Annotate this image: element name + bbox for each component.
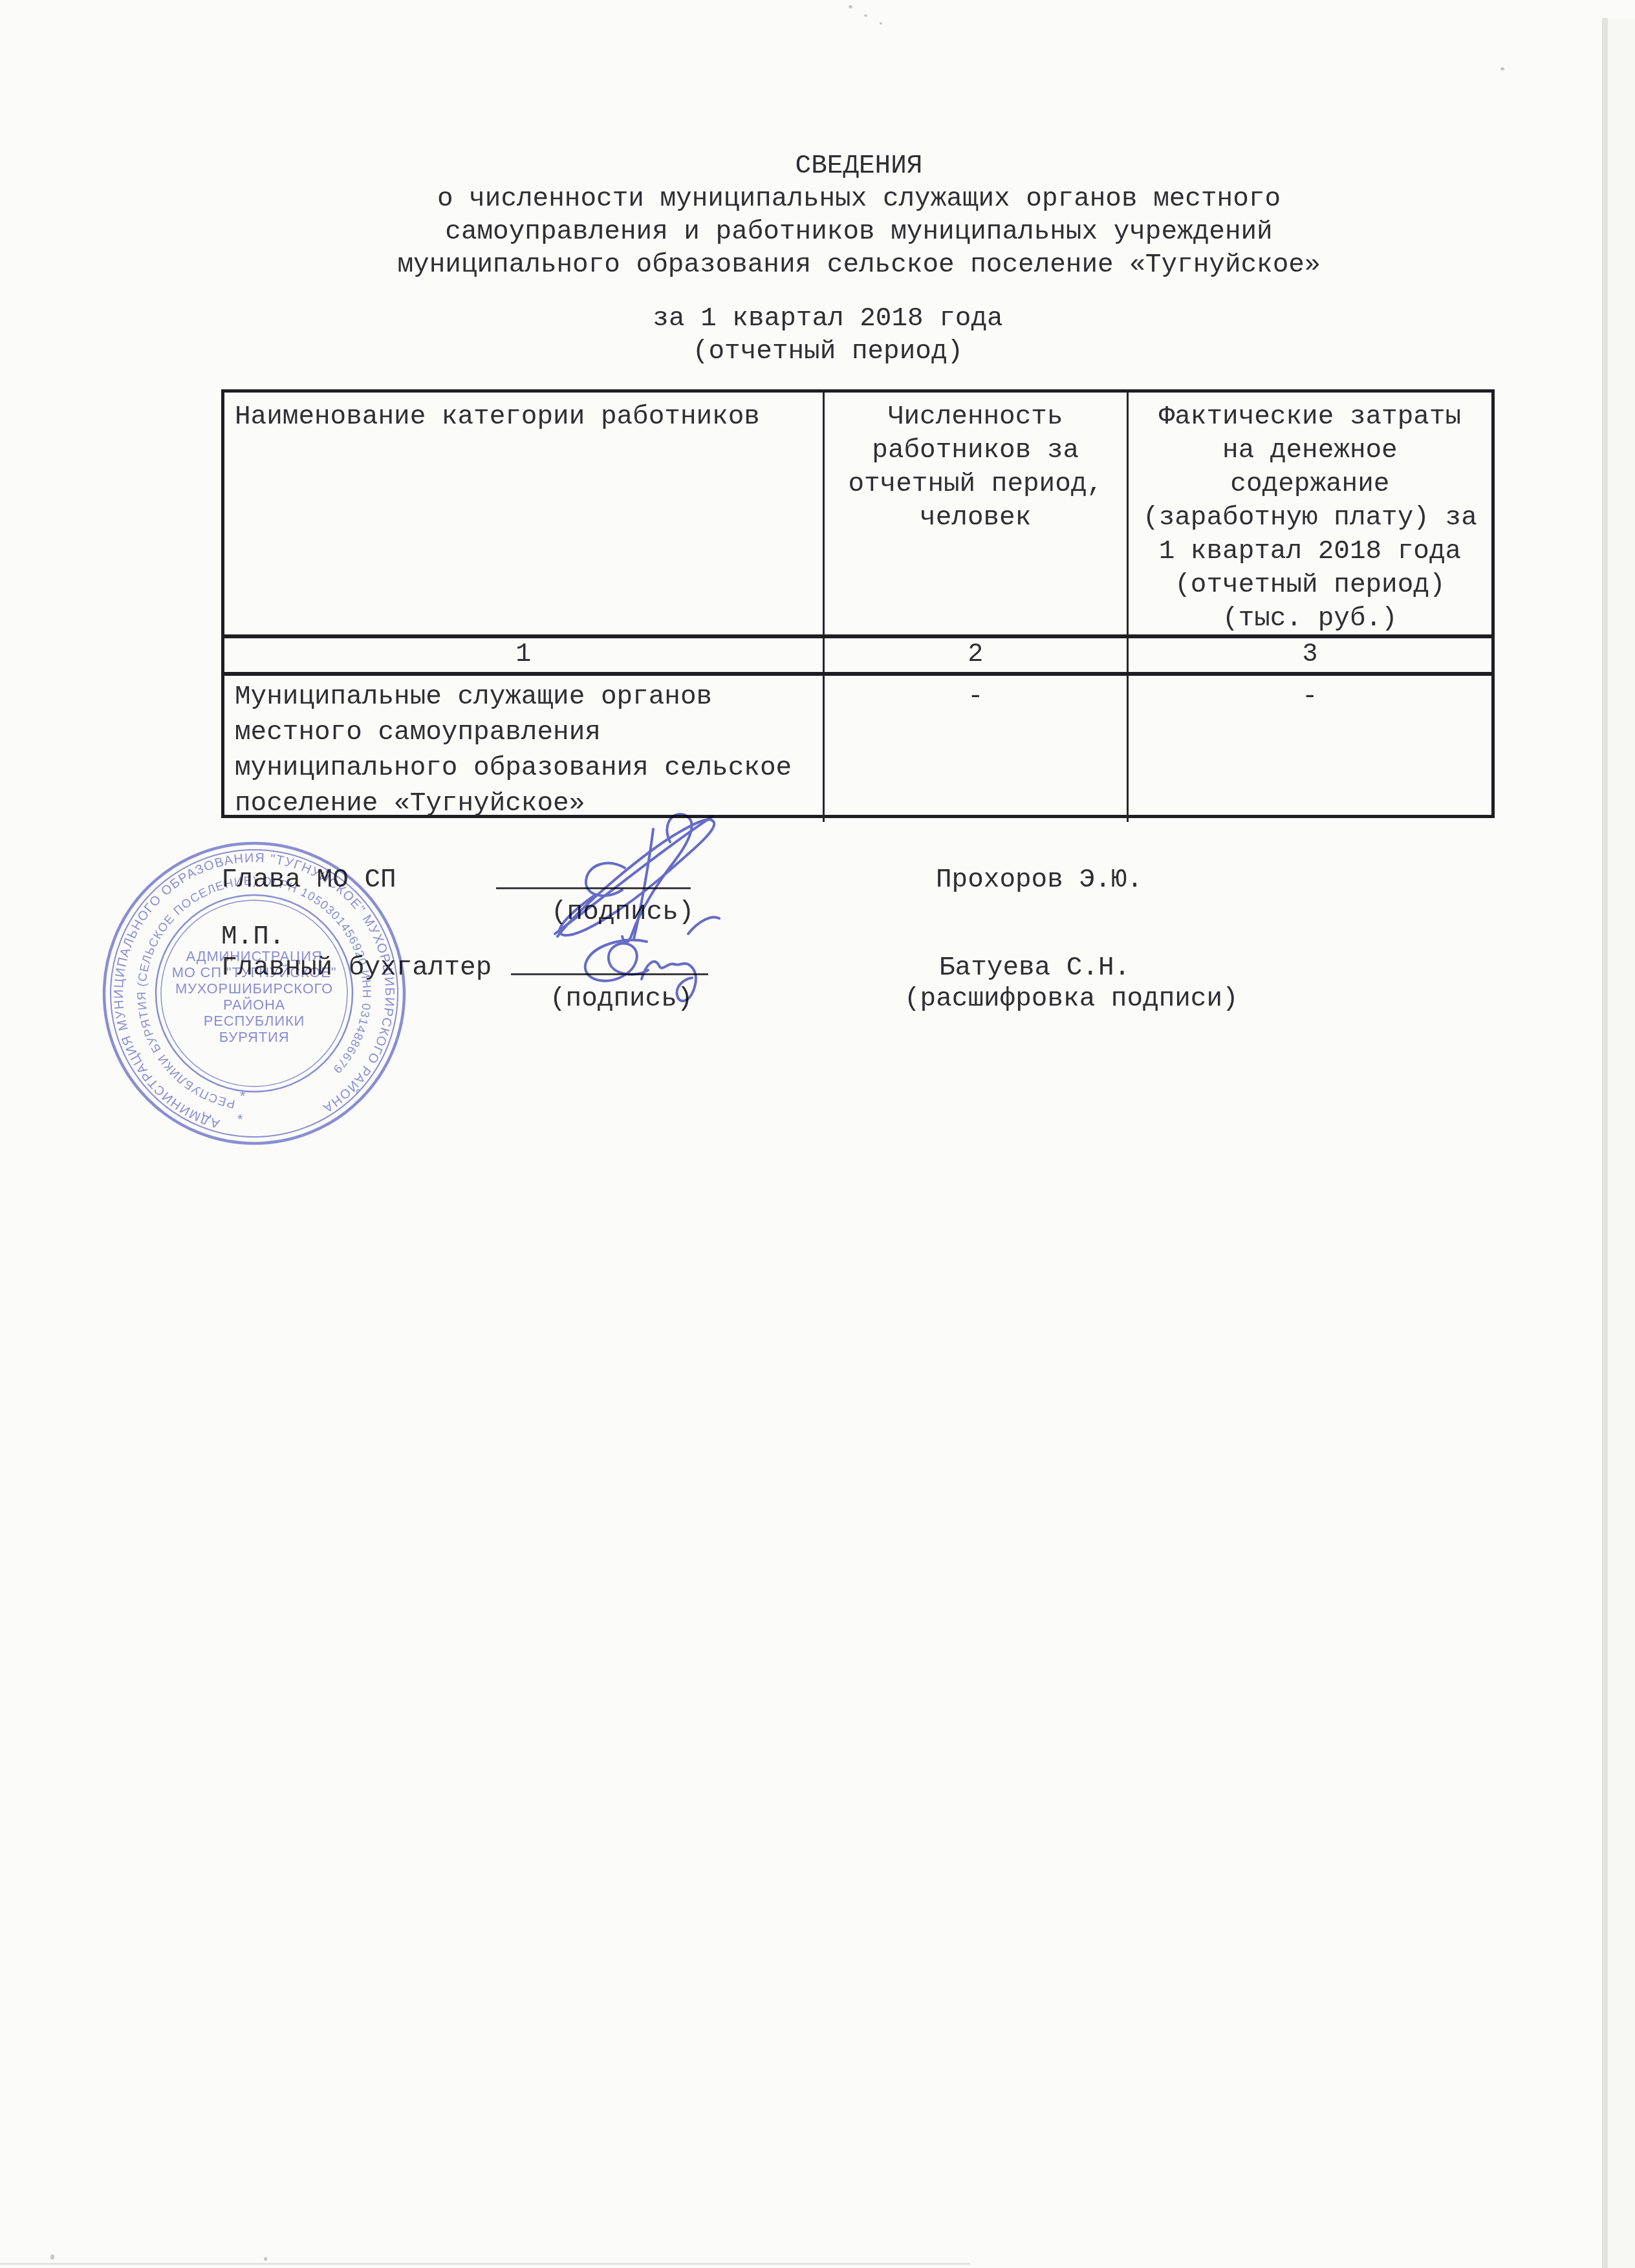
scan-speck (264, 2257, 267, 2261)
header-costs-line: на денежное (1129, 434, 1491, 468)
head-signature-caption: (подпись) (551, 896, 694, 929)
accountant-name: Батуева С.Н. (939, 952, 1130, 984)
header-costs-line: (тыс. руб.) (1129, 602, 1491, 634)
header-headcount-line: человек (825, 501, 1127, 535)
document-title-block: СВЕДЕНИЯ о численности муниципальных слу… (41, 150, 1635, 282)
header-cell-costs: Фактические затраты на денежное содержан… (1127, 393, 1491, 634)
category-line: местного самоуправления (235, 715, 816, 751)
table-data-row: Муниципальные служащие органов местного … (224, 676, 1491, 822)
stamp-center-line: МУХОРШИБИРСКОГО (175, 980, 333, 997)
stamp-star-icon: * (240, 1088, 246, 1104)
category-line: поселение «Тугнуйское» (235, 786, 816, 822)
header-costs-line: Фактические затраты (1129, 400, 1491, 434)
stamp-center-line: АДМИНИСТРАЦИЯ (186, 948, 323, 964)
document-subtitle-line-3: муниципального образования сельское посе… (41, 249, 1635, 282)
cell-headcount-value: - (823, 676, 1127, 822)
scanner-edge-shade (1608, 18, 1635, 2268)
scan-speck (1500, 67, 1504, 70)
document-subtitle-line-1: о численности муниципальных служащих орг… (41, 183, 1635, 216)
header-cell-category: Наименование категории работников (224, 393, 823, 634)
column-number-1: 1 (224, 638, 823, 672)
stamp-center-line: РЕСПУБЛИКИ (204, 1013, 305, 1029)
scan-speck (864, 14, 867, 17)
stamp-center-line: МО СП "ТУГНУЙСКОЕ" (172, 964, 337, 980)
column-number-2: 2 (823, 638, 1127, 672)
scanner-edge-band (1602, 18, 1608, 2268)
headcount-value: - (825, 676, 1127, 712)
header-headcount-line: Численность (825, 400, 1127, 434)
accountant-signature-line (511, 973, 708, 975)
scanner-bottom-artifact (0, 2263, 970, 2265)
category-line: муниципального образования сельское (235, 751, 816, 786)
stamp-center-line: БУРЯТИЯ (219, 1029, 290, 1045)
costs-value: - (1129, 676, 1491, 712)
head-name: Прохоров Э.Ю. (936, 864, 1143, 896)
header-headcount-line: отчетный период, (825, 468, 1127, 501)
report-period-block: за 1 квартал 2018 года (отчетный период) (10, 303, 1635, 369)
column-number-3: 3 (1127, 638, 1491, 672)
stamp-star-icon: * (237, 1111, 243, 1127)
document-title: СВЕДЕНИЯ (41, 150, 1635, 183)
scan-speck (880, 22, 882, 25)
table-header-row: Наименование категории работников Числен… (224, 393, 1491, 638)
scan-speck (849, 5, 852, 8)
official-round-stamp: АДМИНИСТРАЦИЯ МУНИЦИПАЛЬНОГО ОБРАЗОВАНИЯ… (102, 841, 407, 1146)
employee-report-table: Наименование категории работников Числен… (221, 389, 1495, 818)
head-signature-line (496, 887, 691, 889)
scan-speck (50, 2254, 54, 2260)
header-costs-line: (заработную плату) за (1129, 501, 1491, 535)
scanned-document-page: СВЕДЕНИЯ о численности муниципальных слу… (0, 0, 1635, 2268)
document-subtitle-line-2: самоуправления и работников муниципальны… (41, 216, 1635, 249)
header-costs-line: (отчетный период) (1129, 568, 1491, 602)
header-headcount-line: работников за (825, 434, 1127, 468)
header-cell-headcount: Численность работников за отчетный перио… (823, 393, 1127, 634)
category-line: Муниципальные служащие органов (235, 680, 816, 715)
cell-category: Муниципальные служащие органов местного … (224, 676, 823, 822)
header-category-label: Наименование категории работников (235, 400, 816, 434)
accountant-name-caption: (расшифровка подписи) (904, 983, 1239, 1015)
cell-costs-value: - (1127, 676, 1491, 822)
accountant-signature-caption: (подпись) (550, 983, 693, 1015)
header-costs-line: содержание (1129, 468, 1491, 501)
report-period-caption: (отчетный период) (10, 336, 1635, 369)
table-numbering-row: 1 2 3 (224, 638, 1491, 676)
stamp-center-line: РАЙОНА (223, 997, 285, 1013)
report-period: за 1 квартал 2018 года (10, 303, 1635, 336)
header-costs-line: 1 квартал 2018 года (1129, 535, 1491, 568)
